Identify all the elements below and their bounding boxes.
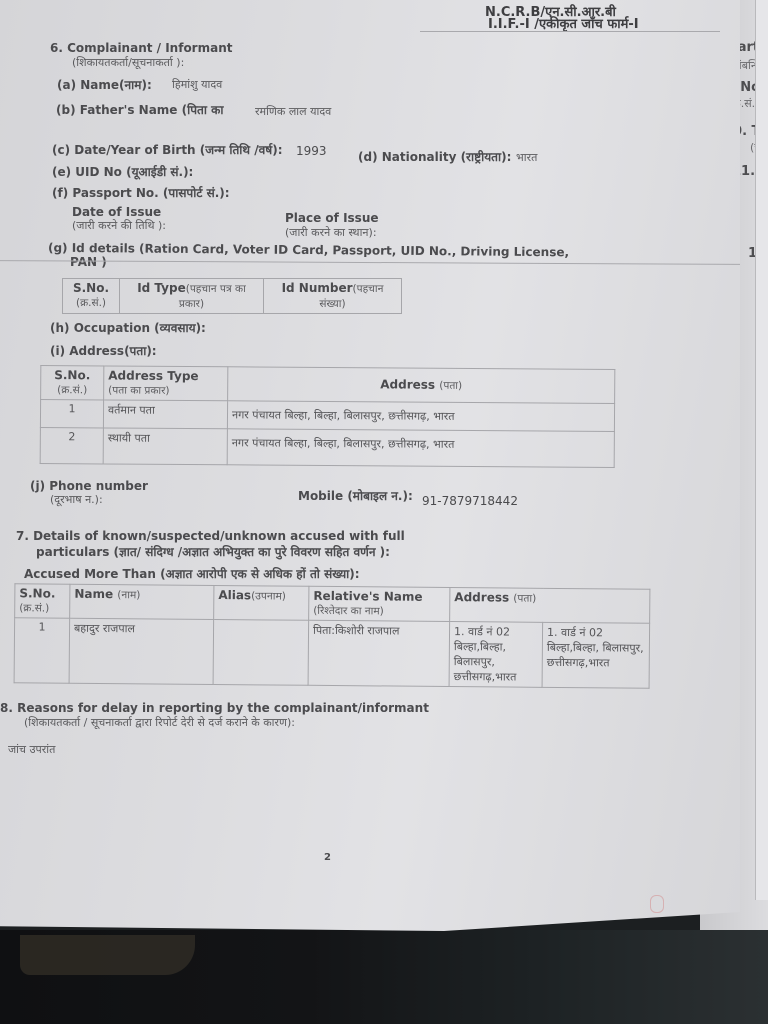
- background-object: [20, 935, 195, 975]
- place-of-issue-label-hi: (जारी करने का स्थान):: [285, 225, 377, 240]
- address-table: S.No.(क्र.सं.) Address Type(पता का प्रका…: [40, 365, 616, 468]
- name-label: (a) Name(नाम):: [57, 76, 152, 93]
- acc-relative: पिता:किशोरी राजपाल: [308, 620, 450, 686]
- phone-label: (j) Phone number: [30, 479, 148, 493]
- uid-label: (e) UID No (यूआईडी सं.):: [52, 163, 193, 180]
- addr-value: नगर पंचायत बिल्हा, बिल्हा, बिलासपुर, छत्…: [227, 401, 614, 432]
- acc-sno: 1: [14, 618, 70, 683]
- id-details-label: (g) Id details (Ration Card, Voter ID Ca…: [48, 241, 569, 260]
- delay-reason-value: जांच उपरांत: [8, 742, 55, 757]
- father-name-label: (b) Father's Name (पिता का: [56, 101, 223, 118]
- section6-title-hi: (शिकायतकर्ता/सूचनाकर्ता ):: [72, 55, 184, 70]
- form-page: N.C.R.B/एन.सी.आर.बी I.I.F.-I /एकीकृत जाँ…: [0, 0, 740, 950]
- acc-col-address: Address (पता): [450, 588, 650, 624]
- addr-type: वर्तमान पता: [103, 400, 227, 429]
- table-row: 2 स्थायी पता नगर पंचायत बिल्हा, बिल्हा, …: [40, 427, 614, 467]
- nationality-value: भारत: [516, 150, 537, 165]
- father-name-value: रमणिक लाल यादव: [255, 104, 331, 119]
- date-of-issue-label: Date of Issue: [72, 205, 161, 219]
- form-header: I.I.F.-I /एकीकृत जाँच फार्म-I: [488, 14, 639, 32]
- id-col-sno: S.No.(क्र.सं.): [63, 279, 120, 314]
- accused-more-than-label: Accused More Than (अज्ञात आरोपी एक से अध…: [24, 565, 360, 582]
- adjacent-page-edge: [755, 0, 768, 900]
- acc-col-sno: S.No.(क्र.सं.): [15, 584, 70, 618]
- table-row: 1 बहादुर राजपाल पिता:किशोरी राजपाल 1. वा…: [14, 618, 650, 689]
- addr-sno: 2: [40, 427, 103, 463]
- phone-label-hi: (दूरभाष न.):: [50, 492, 103, 507]
- table-row: 1 वर्तमान पता नगर पंचायत बिल्हा, बिल्हा,…: [40, 399, 614, 431]
- dob-label: (c) Date/Year of Birth (जन्म तिथि /वर्ष)…: [52, 141, 283, 158]
- section7-title: 7. Details of known/suspected/unknown ac…: [16, 529, 405, 543]
- id-col-number: Id Number(पहचान संख्या): [264, 279, 402, 314]
- acc-alias: [213, 619, 309, 685]
- id-details-label-cont: PAN ): [70, 255, 107, 269]
- section8-title: 8. Reasons for delay in reporting by the…: [0, 701, 429, 715]
- addr-col-type: Address Type(पता का प्रकार): [104, 366, 228, 401]
- acc-col-name: Name (नाम): [70, 584, 214, 619]
- mobile-label: Mobile (मोबाइल न.):: [298, 487, 413, 504]
- occupation-label: (h) Occupation (व्यवसाय):: [50, 319, 206, 336]
- addr-type: स्थायी पता: [103, 428, 227, 465]
- ink-mark: [650, 895, 664, 913]
- id-table: S.No.(क्र.सं.) Id Type(पहचान पत्र का प्र…: [62, 278, 402, 314]
- mobile-value: 91-7879718442: [422, 494, 518, 508]
- address-label: (i) Address(पता):: [50, 342, 157, 359]
- header-rule: [420, 31, 720, 32]
- addr-value: नगर पंचायत बिल्हा, बिल्हा, बिलासपुर, छत्…: [227, 429, 614, 468]
- acc-col-relative: Relative's Name(रिश्तेदार का नाम): [309, 586, 450, 621]
- section6-title: 6. Complainant / Informant: [50, 41, 232, 55]
- date-of-issue-label-hi: (जारी करने की तिथि ):: [72, 218, 166, 233]
- addr-col-address: Address (पता): [228, 367, 615, 404]
- dob-value: 1993: [296, 144, 327, 158]
- id-col-type: Id Type(पहचान पत्र का प्रकार): [120, 279, 264, 314]
- section7-title-cont: particulars (ज्ञात/ संदिग्ध /अज्ञात अभिय…: [36, 543, 390, 560]
- passport-label: (f) Passport No. (पासपोर्ट सं.):: [52, 184, 230, 201]
- acc-address-1: 1. वार्ड नं 02 बिल्हा,बिल्हा, बिलासपुर, …: [449, 622, 543, 688]
- place-of-issue-label: Place of Issue: [285, 211, 379, 225]
- addr-sno: 1: [40, 399, 103, 427]
- name-value: हिमांशु यादव: [172, 77, 222, 92]
- nationality-label: (d) Nationality (राष्ट्रीयता):: [358, 148, 511, 165]
- page-number: 2: [324, 852, 331, 863]
- acc-address-2: 1. वार्ड नं 02 बिल्हा,बिल्हा, बिलासपुर, …: [542, 622, 650, 688]
- acc-col-alias: Alias(उपनाम): [214, 585, 309, 620]
- section-rule: [0, 260, 740, 265]
- accused-table: S.No.(क्र.सं.) Name (नाम) Alias(उपनाम) R…: [14, 583, 651, 689]
- acc-name: बहादुर राजपाल: [69, 618, 214, 684]
- addr-col-sno: S.No.(क्र.सं.): [41, 365, 104, 399]
- section8-title-hi: (शिकायतकर्ता / सूचनाकर्ता द्वारा रिपोर्ट…: [24, 715, 295, 730]
